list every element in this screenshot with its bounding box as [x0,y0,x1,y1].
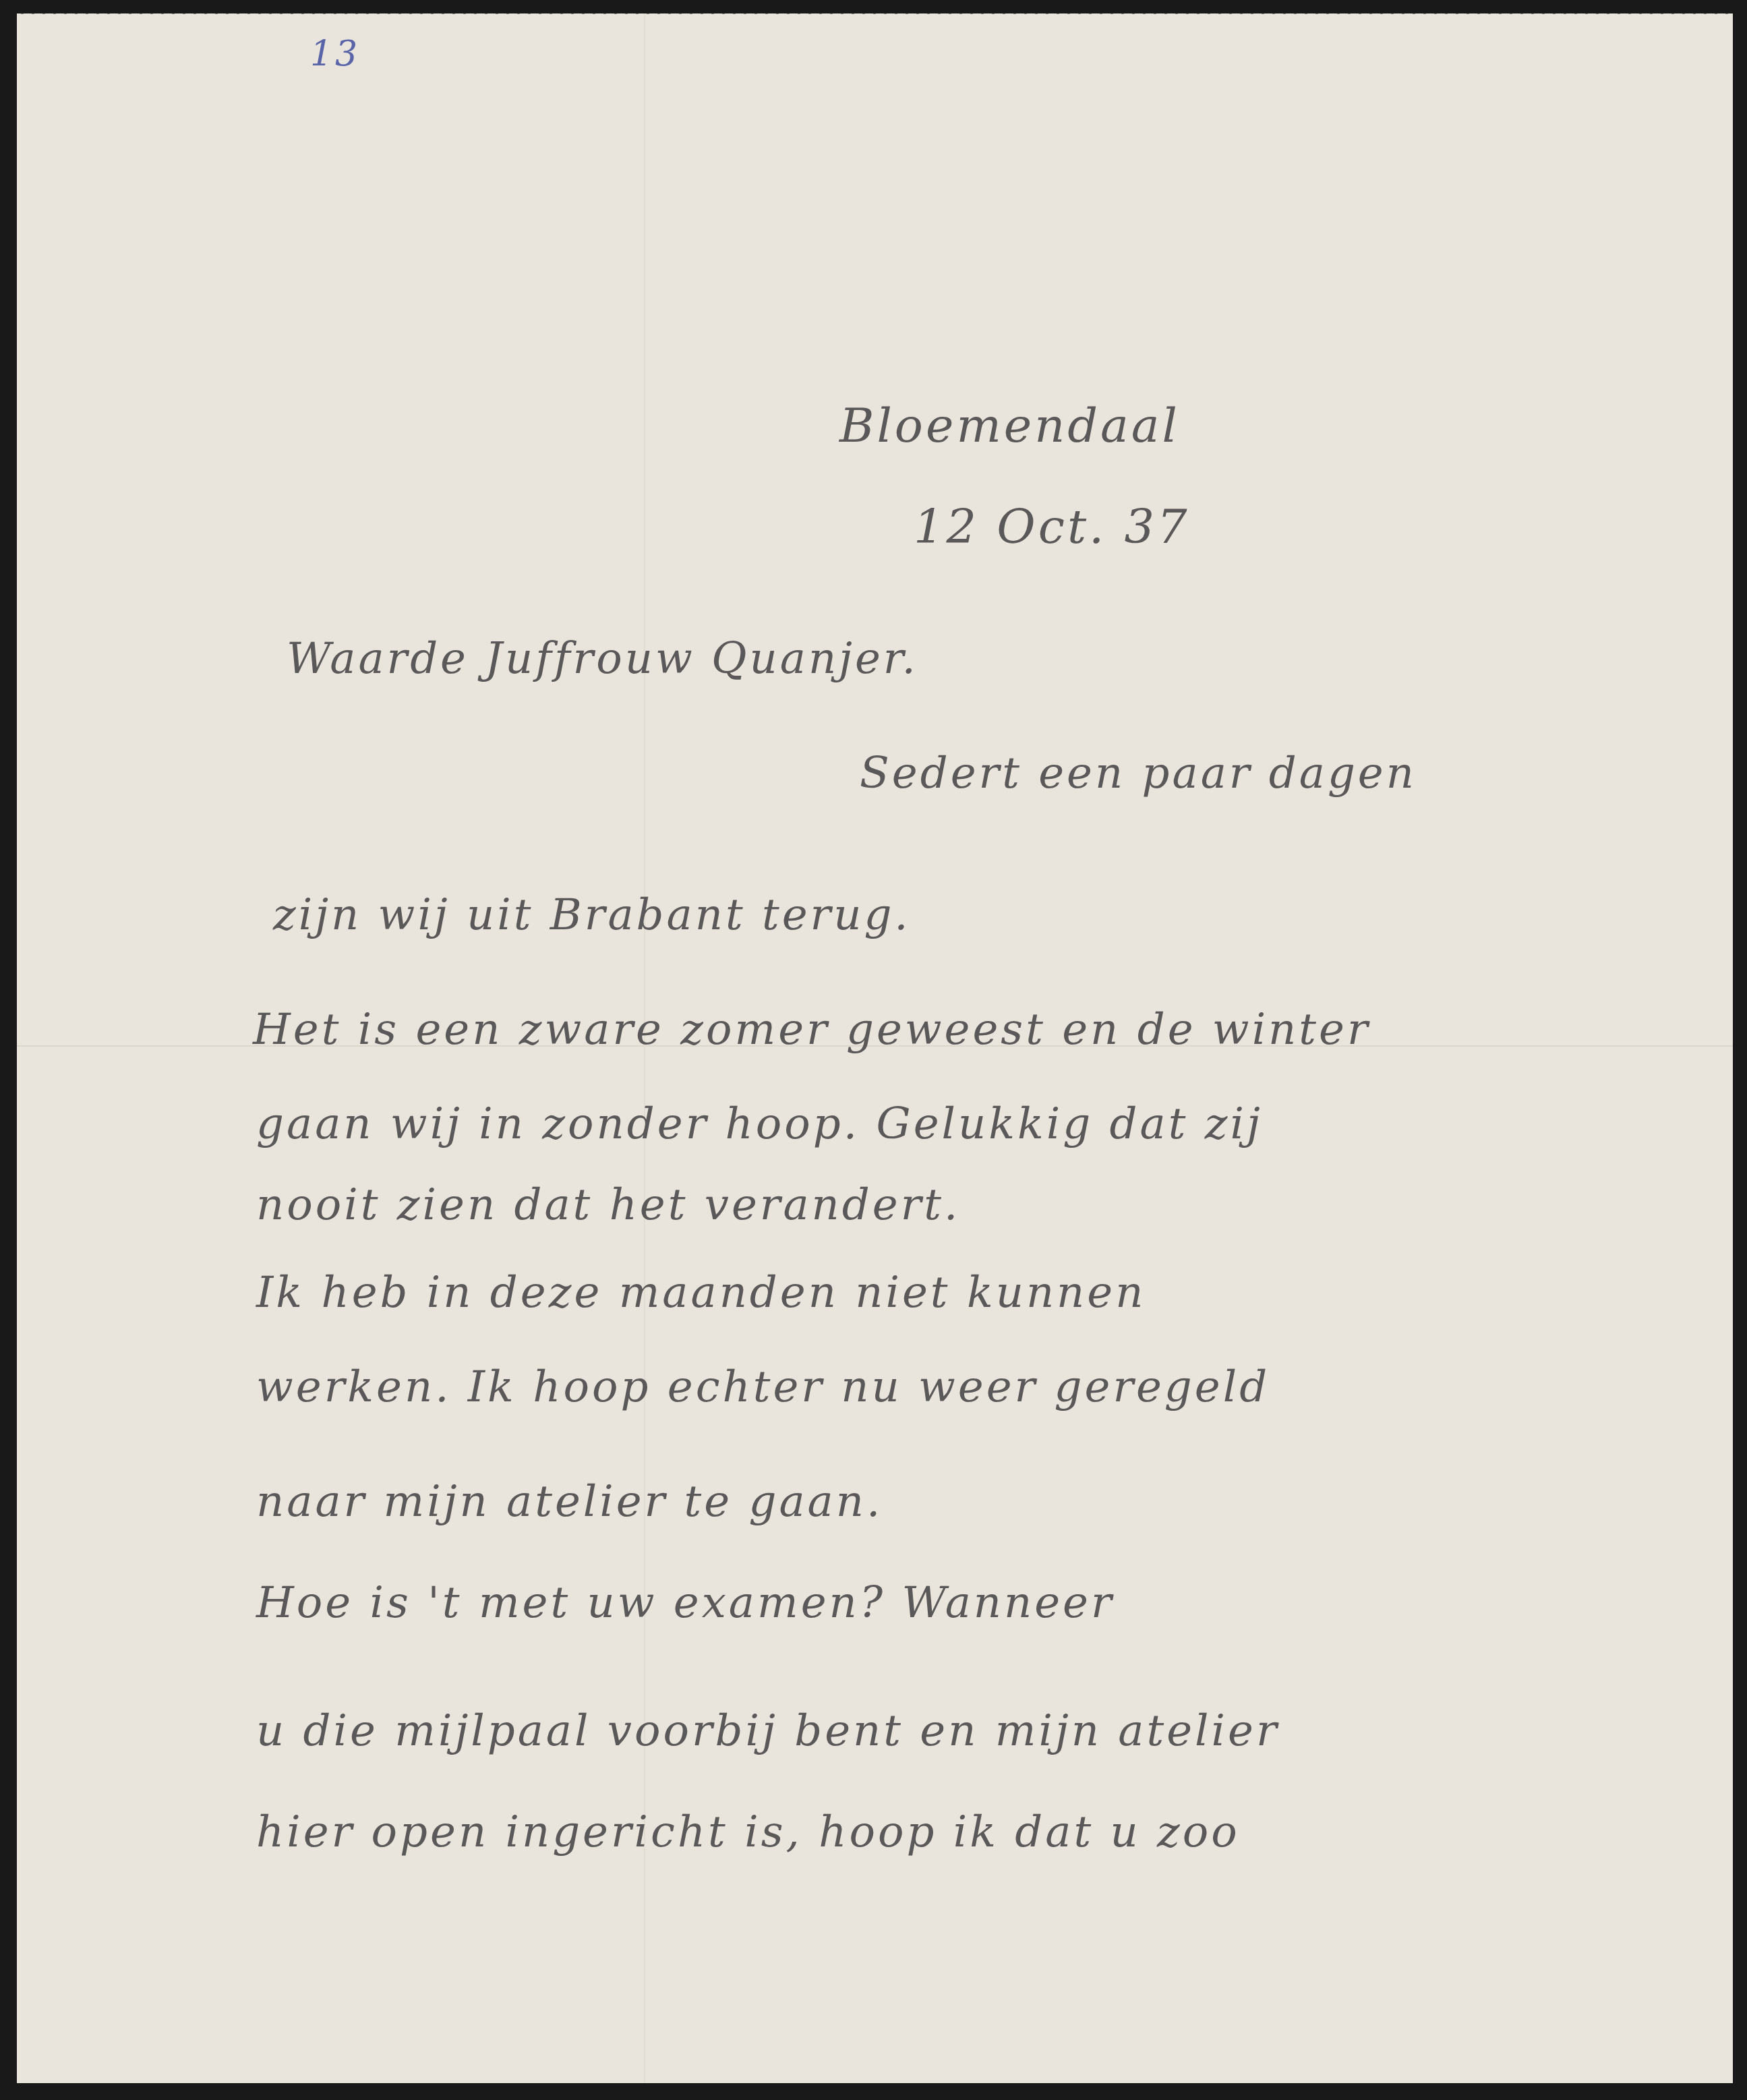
letter-line: u die mijlpaal voorbij bent en mijn atel… [256,1706,1280,1756]
letter-line: hier open ingericht is, hoop ik dat u zo… [256,1807,1240,1857]
letter-line: gaan wij in zonder hoop. Gelukkig dat zi… [256,1099,1263,1149]
letter-line: naar mijn atelier te gaan. [256,1477,883,1527]
letter-line: werken. Ik hoop echter nu weer geregeld [256,1362,1270,1412]
letter-salutation: Waarde Juffrouw Quanjer. [287,634,918,684]
letter-line: Het is een zware zomer geweest en de win… [253,1005,1371,1055]
letter-paper: 13 Bloemendaal 12 Oct. 37 Waarde Juffrou… [17,13,1733,2083]
letter-line: Ik heb in deze maanden niet kunnen [256,1268,1146,1318]
letter-date: 12 Oct. 37 [914,499,1190,554]
letter-line: Sedert een paar dagen [860,749,1417,798]
letter-place: Bloemendaal [839,398,1180,453]
letter-line: Hoe is 't met uw examen? Wanneer [256,1578,1115,1628]
letter-line: zijn wij uit Brabant terug. [273,890,911,940]
perforated-top-edge [17,9,1733,19]
letter-line: nooit zien dat het verandert. [256,1180,960,1230]
page-number: 13 [310,34,360,74]
